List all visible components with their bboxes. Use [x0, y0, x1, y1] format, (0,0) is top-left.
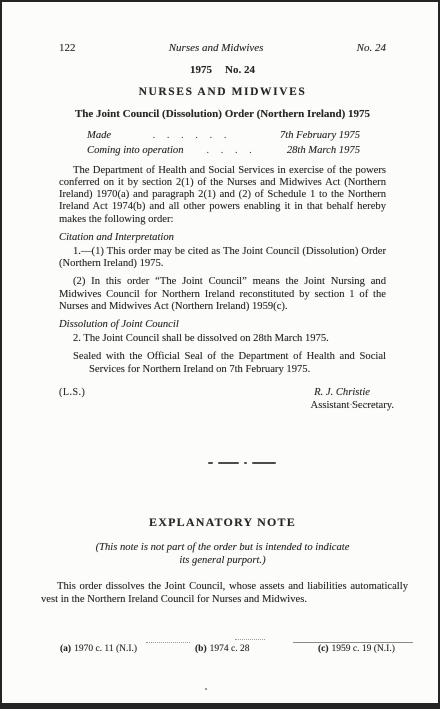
footnote-b: (b)1974 c. 28 [195, 644, 249, 654]
sealing-clause: Sealed with the Official Seal of the Dep… [59, 351, 386, 375]
explanatory-note: EXPLANATORY NOTE (This note is not part … [2, 516, 438, 606]
document-number: 1975No. 24 [59, 64, 386, 76]
dot-leader: ...... [111, 127, 280, 141]
footnote-a: (a)1970 c. 11 (N.I.) [60, 644, 137, 654]
footnote-a-text: 1970 c. 11 (N.I.) [74, 644, 137, 654]
footnotes: (a)1970 c. 11 (N.I.) (b)1974 c. 28 (c)19… [2, 644, 438, 658]
signatory-role: Assistant Secretary. [311, 400, 394, 412]
document-page: 122 Nurses and Midwives No. 24 1975No. 2… [0, 0, 440, 709]
order-title: The Joint Council (Dissolution) Order (N… [59, 108, 386, 120]
preamble-paragraph: The Department of Health and Social Serv… [59, 165, 386, 226]
order-text: 122 Nurses and Midwives No. 24 1975No. 2… [2, 2, 438, 412]
section-divider [208, 461, 276, 464]
document-year: 1975 [190, 64, 212, 76]
made-label: Made [87, 130, 111, 142]
seal-mark: (L.S.) [59, 387, 85, 399]
made-date: 7th February 1975 [280, 130, 360, 142]
scan-artifact [293, 642, 413, 643]
page-number: 122 [59, 42, 76, 54]
footnote-b-text: 1974 c. 28 [210, 644, 250, 654]
signatory: R. J. Christie Assistant Secretary. [311, 387, 394, 412]
article-1-2: (2) In this order “The Joint Council” me… [59, 276, 386, 313]
section-heading-citation: Citation and Interpretation [59, 232, 386, 244]
section-heading-dissolution: Dissolution of Joint Council [59, 319, 386, 331]
footnote-c-text: 1959 c. 19 (N.I.) [332, 644, 395, 654]
operation-date: 28th March 1975 [287, 145, 360, 157]
scan-artifact [146, 642, 190, 643]
explanatory-note-caveat: (This note is not part of the order but … [59, 541, 386, 567]
footnote-c: (c)1959 c. 19 (N.I.) [318, 644, 395, 654]
scan-artifact [235, 639, 265, 640]
operation-label: Coming into operation [87, 145, 184, 157]
operation-date-row: Coming into operation .... 28th March 19… [87, 142, 360, 157]
signatory-name: R. J. Christie [311, 387, 370, 399]
page-header: 122 Nurses and Midwives No. 24 [59, 42, 386, 54]
running-title: Nurses and Midwives [169, 42, 264, 54]
explanatory-note-body: This order dissolves the Joint Council, … [41, 580, 408, 606]
document-no: No. 24 [225, 64, 255, 76]
subject-heading: NURSES AND MIDWIVES [59, 86, 386, 98]
footnote-b-label: (b) [195, 644, 207, 654]
explanatory-note-heading: EXPLANATORY NOTE [59, 516, 386, 529]
scan-artifact [350, 404, 376, 405]
order-dates: Made ...... 7th February 1975 Coming int… [87, 127, 360, 157]
scan-artifact [205, 688, 207, 690]
caveat-line-2: its general purport.) [179, 555, 265, 566]
article-1-1: 1.—(1) This order may be cited as The Jo… [59, 246, 386, 270]
made-date-row: Made ...... 7th February 1975 [87, 127, 360, 142]
footnote-c-label: (c) [318, 644, 329, 654]
issue-number: No. 24 [357, 42, 386, 54]
article-2: 2. The Joint Council shall be dissolved … [59, 333, 386, 345]
footnote-a-label: (a) [60, 644, 71, 654]
caveat-line-1: (This note is not part of the order but … [96, 542, 350, 553]
signature-block: (L.S.) R. J. Christie Assistant Secretar… [59, 387, 394, 412]
dot-leader: .... [184, 142, 287, 156]
